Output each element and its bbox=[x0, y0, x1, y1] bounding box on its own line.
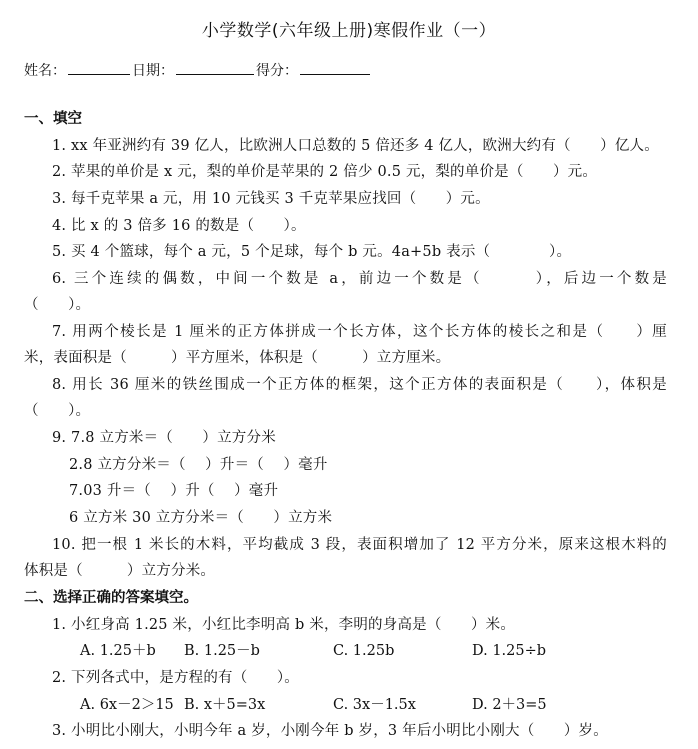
choice-question-2: 2. 下列各式中，是方程的有（ ）。 bbox=[52, 669, 299, 687]
choice-1-option-a[interactable]: A. 1.25＋b bbox=[80, 642, 156, 660]
student-info-row: 姓名：日期：得分： bbox=[24, 60, 372, 80]
question-7-line-2: 米，表面积是（ ）平方厘米，体积是（ ）立方厘米。 bbox=[24, 349, 450, 367]
choice-2-option-a[interactable]: A. 6x－2＞15 bbox=[80, 696, 174, 714]
worksheet-title: 小学数学(六年级上册)寒假作业（一） bbox=[0, 20, 698, 42]
question-3: 3. 每千克苹果 a 元，用 10 元钱买 3 千克苹果应找回（ ）元。 bbox=[52, 190, 490, 208]
score-label: 得分： bbox=[256, 63, 298, 79]
question-9-line-2: 2.8 立方分米＝（ ）升＝（ ）毫升 bbox=[69, 456, 328, 474]
choice-2-option-b[interactable]: B. x＋5=3x bbox=[184, 696, 265, 714]
section-1-heading: 一、填空 bbox=[24, 110, 82, 128]
choice-2-option-d[interactable]: D. 2＋3=5 bbox=[472, 696, 547, 714]
question-9-line-4: 6 立方米 30 立方分米＝（ ）立方米 bbox=[69, 509, 332, 527]
question-7-line-1: 7. 用两个棱长是 1 厘米的正方体拼成一个长方体，这个长方体的棱长之和是（ ）… bbox=[52, 323, 667, 341]
choice-2-option-c[interactable]: C. 3x－1.5x bbox=[333, 696, 416, 714]
choice-1-option-b[interactable]: B. 1.25－b bbox=[184, 642, 260, 660]
name-label: 姓名： bbox=[24, 63, 66, 79]
question-8-line-2: （ ）。 bbox=[24, 402, 90, 420]
worksheet-page: 小学数学(六年级上册)寒假作业（一） 姓名：日期：得分： 一、填空 1. xx … bbox=[0, 0, 698, 749]
question-10-line-2: 体积是（ ）立方分米。 bbox=[24, 562, 215, 580]
choice-1-option-d[interactable]: D. 1.25÷b bbox=[472, 642, 546, 660]
question-5: 5. 买 4 个篮球，每个 a 元，5 个足球，每个 b 元。4a+5b 表示（… bbox=[52, 243, 571, 261]
question-4: 4. 比 x 的 3 倍多 16 的数是（ ）。 bbox=[52, 217, 306, 235]
question-8-line-1: 8. 用长 36 厘米的铁丝围成一个正方体的框架，这个正方体的表面积是（ ），体… bbox=[52, 376, 667, 394]
question-6-line-1: 6. 三个连续的偶数，中间一个数是 a，前边一个数是（ ），后边一个数是 bbox=[52, 270, 667, 288]
question-9-line-3: 7.03 升＝（ ）升（ ）毫升 bbox=[69, 482, 278, 500]
question-6-line-2: （ ）。 bbox=[24, 296, 90, 314]
question-2: 2. 苹果的单价是 x 元，梨的单价是苹果的 2 倍少 0.5 元，梨的单价是（… bbox=[52, 163, 597, 181]
choice-question-1: 1. 小红身高 1.25 米，小红比李明高 b 米，李明的身高是（ ）米。 bbox=[52, 616, 515, 634]
date-label: 日期： bbox=[132, 63, 174, 79]
score-blank[interactable] bbox=[300, 60, 370, 75]
question-10-line-1: 10. 把一根 1 米长的木料，平均截成 3 段，表面积增加了 12 平方分米，… bbox=[52, 536, 667, 554]
question-1: 1. xx 年亚洲约有 39 亿人，比欧洲人口总数的 5 倍还多 4 亿人，欧洲… bbox=[52, 137, 672, 155]
name-blank[interactable] bbox=[68, 60, 130, 75]
date-blank[interactable] bbox=[176, 60, 254, 75]
choice-1-option-c[interactable]: C. 1.25b bbox=[333, 642, 394, 660]
question-9-line-1: 9. 7.8 立方米＝（ ）立方分米 bbox=[52, 429, 276, 447]
section-2-heading: 二、选择正确的答案填空。 bbox=[24, 589, 198, 607]
choice-question-3: 3. 小明比小刚大，小明今年 a 岁，小刚今年 b 岁，3 年后小明比小刚大（ … bbox=[52, 722, 608, 740]
